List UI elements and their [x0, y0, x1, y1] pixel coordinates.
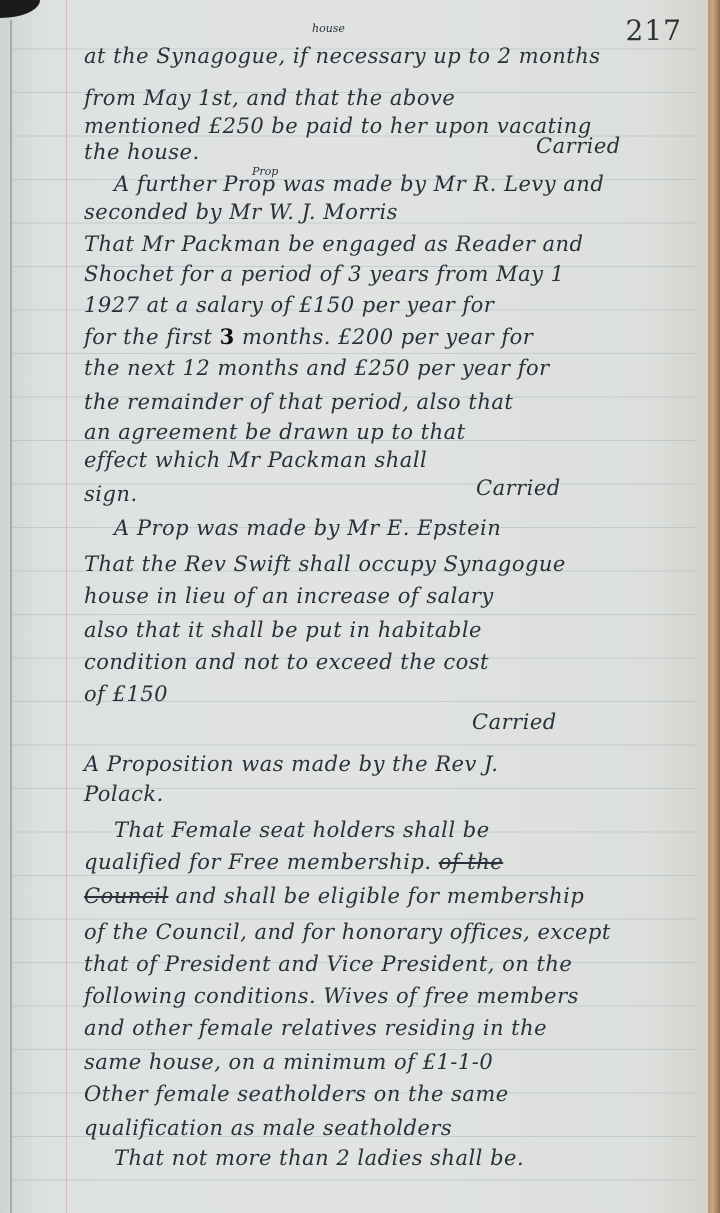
minute-line: an agreement be drawn up to that	[84, 420, 466, 444]
carried-label: Carried	[536, 134, 621, 158]
overwritten-numeral: 3	[220, 324, 235, 349]
minute-line: Other female seatholders on the same	[84, 1082, 509, 1106]
minute-line: at the Synagogue, if necessary up to 2 m…	[84, 44, 601, 68]
minute-line: A Proposition was made by the Rev J.	[84, 752, 498, 776]
minute-line: and other female relatives residing in t…	[84, 1016, 547, 1040]
minute-line: following conditions. Wives of free memb…	[84, 984, 579, 1008]
minute-line: house in lieu of an increase of salary	[84, 584, 494, 608]
minute-line: 1927 at a salary of £150 per year for	[84, 293, 494, 317]
struck-text: Council	[84, 884, 168, 908]
minute-line: condition and not to exceed the cost	[84, 650, 489, 674]
minute-line: Council and shall be eligible for member…	[84, 884, 584, 908]
minute-line: A further Prop was made by Mr R. Levy an…	[114, 172, 604, 196]
minute-line: the house.	[84, 140, 200, 164]
minute-text: months. £200 per year for	[242, 325, 533, 349]
minute-line: from May 1st, and that the above	[84, 86, 455, 110]
minute-line: the next 12 months and £250 per year for	[84, 356, 550, 380]
minute-line: qualification as male seatholders	[84, 1116, 452, 1140]
page-edge-line	[10, 20, 12, 1213]
minute-line: also that it shall be put in habitable	[84, 618, 482, 642]
minute-line: Polack.	[84, 782, 164, 806]
minute-line: for the first 3 months. £200 per year fo…	[84, 324, 533, 349]
minute-line: That the Rev Swift shall occupy Synagogu…	[84, 552, 566, 576]
minute-line: that of President and Vice President, on…	[84, 952, 572, 976]
minute-line: of the Council, and for honorary offices…	[84, 920, 611, 944]
minute-line: That not more than 2 ladies shall be.	[114, 1146, 524, 1170]
minute-text: for the first	[84, 325, 212, 349]
minute-text: and shall be eligible for membership	[176, 884, 585, 908]
minute-line: effect which Mr Packman shall	[84, 448, 427, 472]
page-number: 217	[626, 14, 682, 47]
carried-label: Carried	[472, 710, 557, 734]
minute-line: the remainder of that period, also that	[84, 390, 513, 414]
struck-text: of the	[439, 850, 503, 874]
margin-line	[66, 0, 67, 1213]
minute-line: mentioned £250 be paid to her upon vacat…	[84, 114, 592, 138]
minute-line: qualified for Free membership. of the	[84, 850, 503, 874]
minute-line: That Mr Packman be engaged as Reader and	[84, 232, 583, 256]
minute-line: same house, on a minimum of £1-1-0	[84, 1050, 493, 1074]
minute-line: seconded by Mr W. J. Morris	[84, 200, 398, 224]
minute-text: qualified for Free membership.	[84, 850, 432, 874]
minute-line: of £150	[84, 682, 168, 706]
book-binding-edge	[708, 0, 720, 1213]
minute-line: sign.	[84, 482, 138, 506]
minute-line: That Female seat holders shall be	[114, 818, 490, 842]
minute-line: Shochet for a period of 3 years from May…	[84, 262, 565, 286]
ledger-page: 217 house Prop at the Synagogue, if nece…	[0, 0, 708, 1213]
insertion-house: house	[312, 22, 345, 35]
carried-label: Carried	[476, 476, 561, 500]
minute-line: A Prop was made by Mr E. Epstein	[114, 516, 501, 540]
